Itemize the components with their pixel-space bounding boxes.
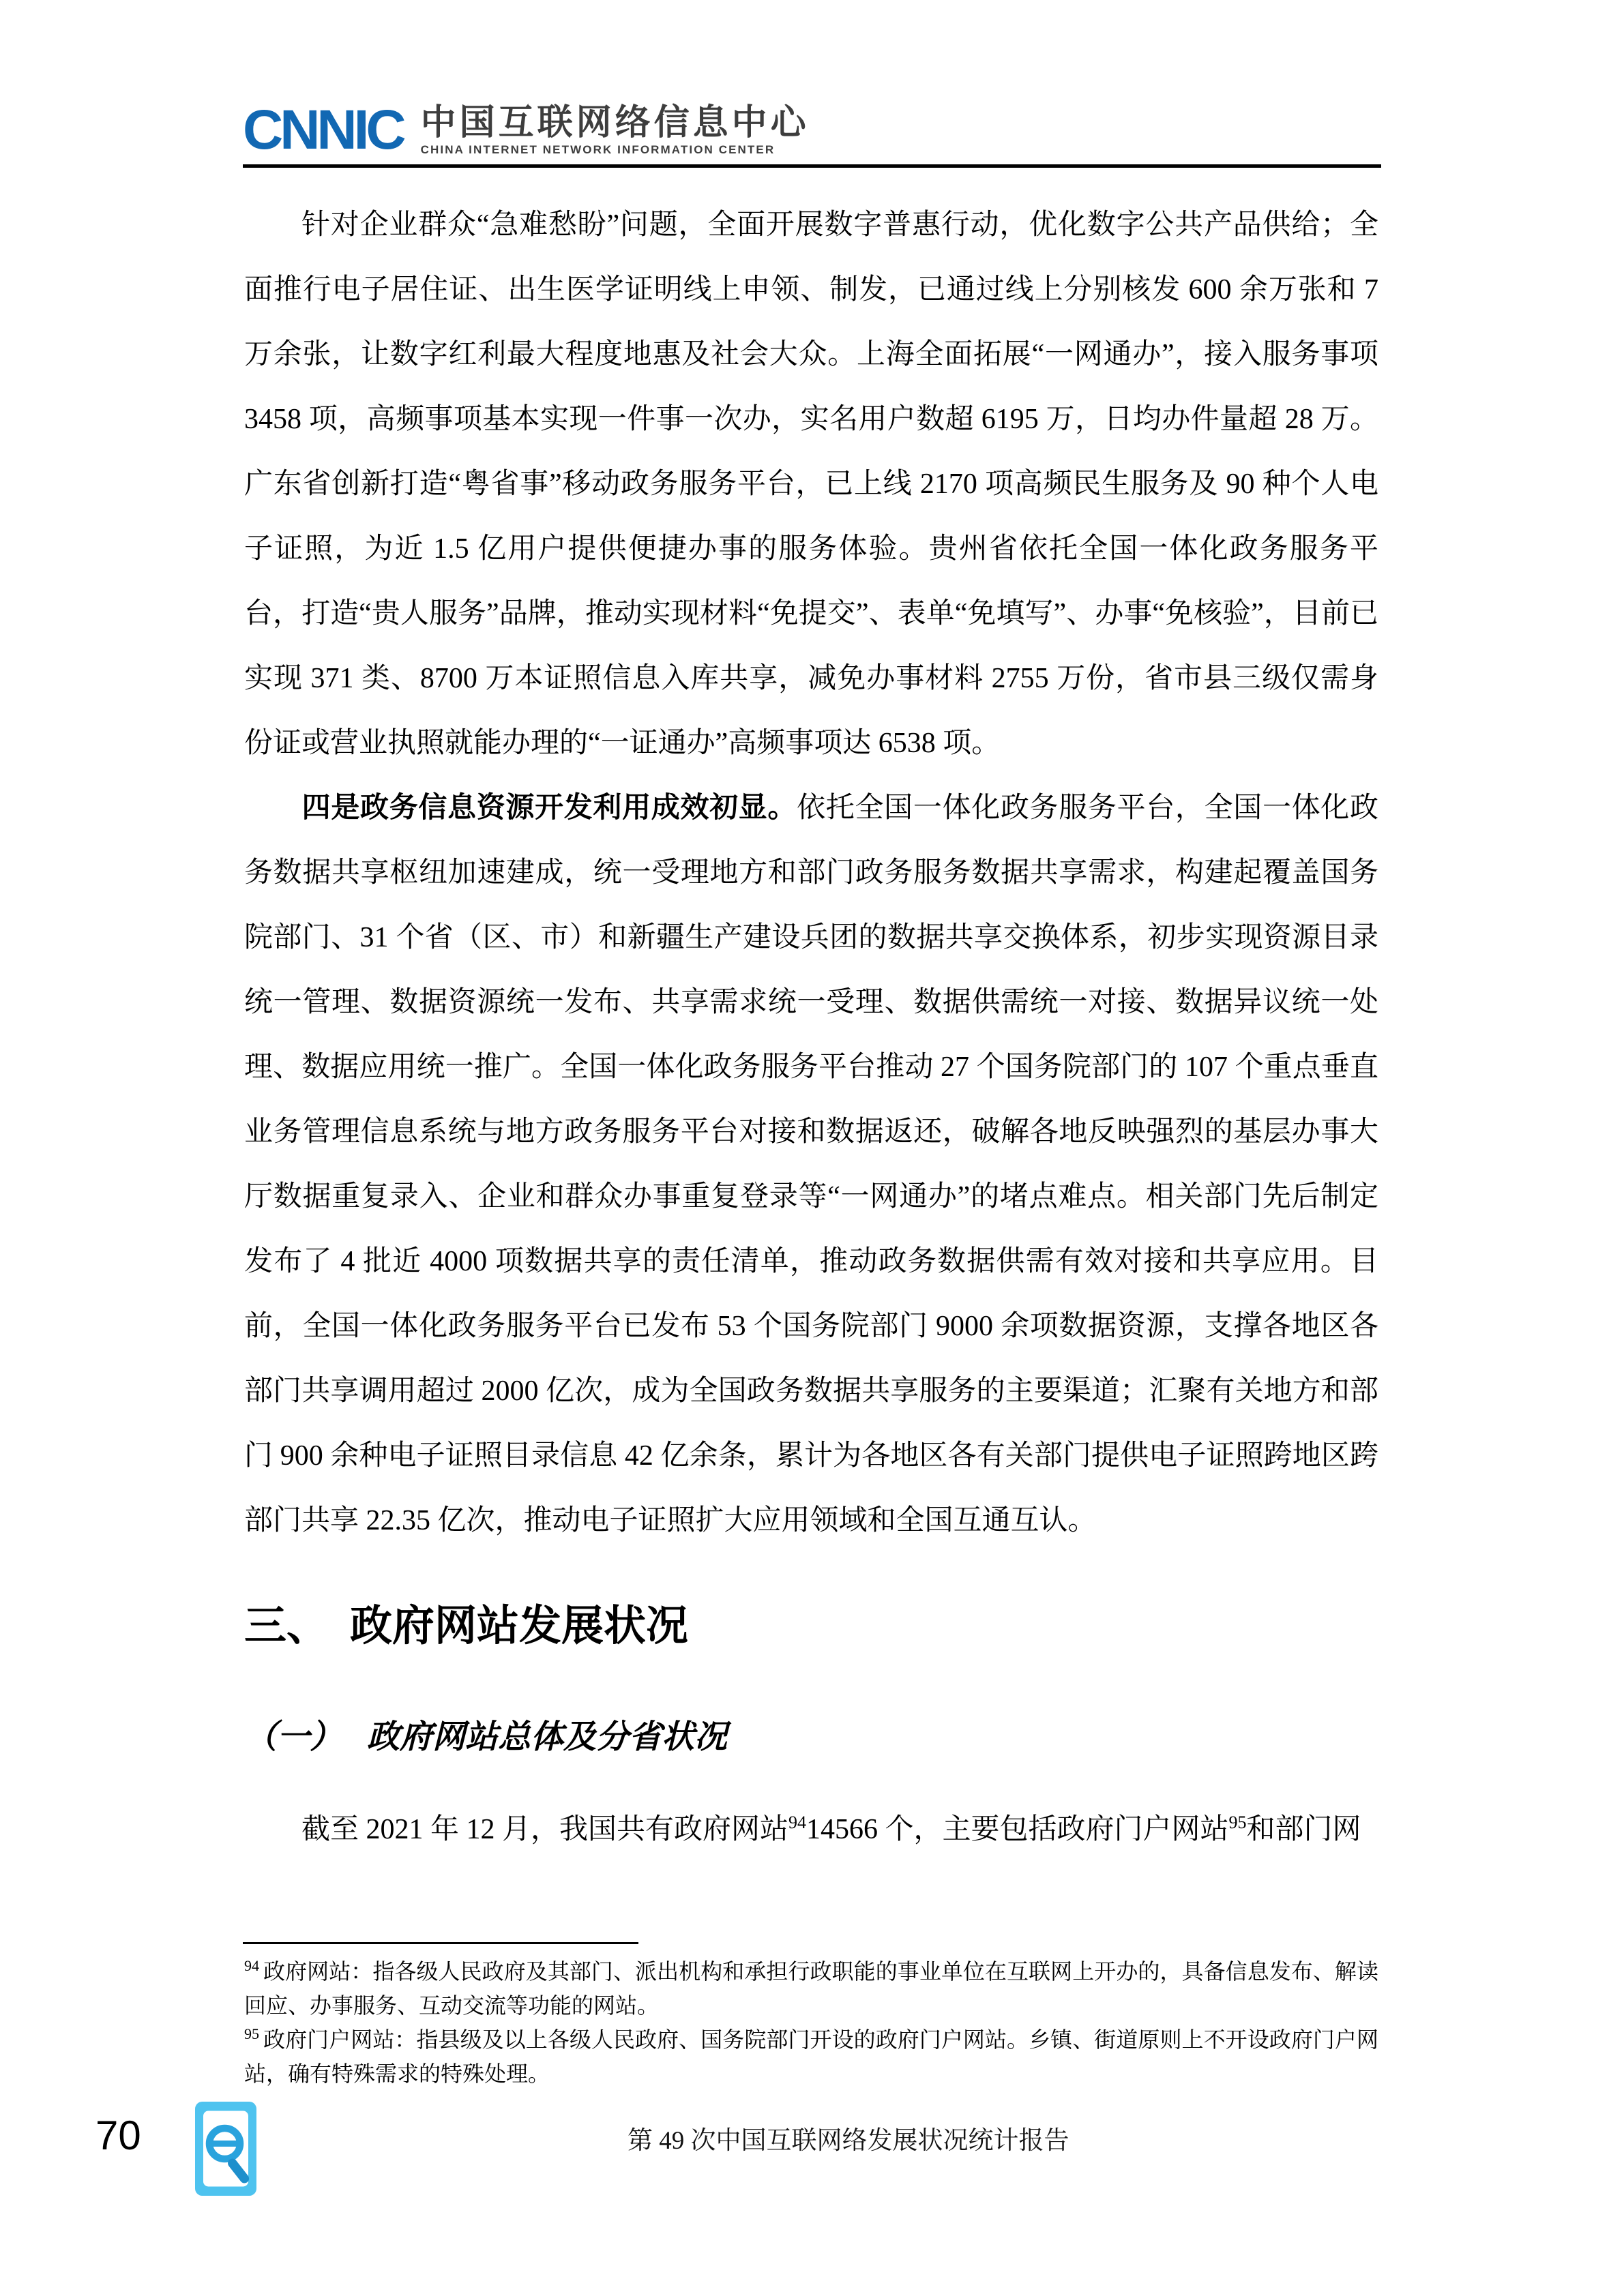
text-run: 和部门网 xyxy=(1247,1814,1361,1845)
org-name-english: CHINA INTERNET NETWORK INFORMATION CENTE… xyxy=(421,142,810,158)
footnote-text: 政府门户网站：指县级及以上各级人民政府、国务院部门开设的政府门户网站。乡镇、街道… xyxy=(244,2027,1378,2086)
cnnic-logo: CNNIC xyxy=(243,102,403,158)
subsection-heading: （一） 政府网站总体及分省状况 xyxy=(244,1713,1378,1762)
text-run: 14566 个，主要包括政府门户网站 xyxy=(806,1814,1229,1845)
page-number: 70 xyxy=(95,2111,141,2160)
footnote-number: 95 xyxy=(244,2025,259,2042)
org-names: 中国互联网络信息中心 CHINA INTERNET NETWORK INFORM… xyxy=(421,104,810,158)
paragraph-digital-benefit: 针对企业群众“急难愁盼”问题，全面开展数字普惠行动，优化数字公共产品供给；全面推… xyxy=(244,193,1378,776)
section-heading: 三、 政府网站发展状况 xyxy=(244,1596,1378,1657)
org-name-chinese: 中国互联网络信息中心 xyxy=(421,104,810,142)
footnote-separator xyxy=(243,1942,638,1944)
footnote-number: 94 xyxy=(244,1957,259,1974)
footnote-94: 94政府网站：指各级人民政府及其部门、派出机构和承担行政职能的事业单位在互联网上… xyxy=(244,1954,1378,2023)
header-divider xyxy=(243,164,1381,168)
report-title: 第 49 次中国互联网络发展状况统计报告 xyxy=(628,2122,1069,2160)
paragraph-lead-bold: 四是政务信息资源开发利用成效初显。 xyxy=(301,792,797,824)
text-run: 截至 2021 年 12 月，我国共有政府网站 xyxy=(301,1814,788,1845)
footnote-95: 95政府门户网站：指县级及以上各级人民政府、国务院部门开设的政府门户网站。乡镇、… xyxy=(244,2023,1378,2091)
footnotes-block: 94政府网站：指各级人民政府及其部门、派出机构和承担行政职能的事业单位在互联网上… xyxy=(244,1954,1378,2091)
report-logo-icon xyxy=(195,2102,256,2196)
document-page: CNNIC 中国互联网络信息中心 CHINA INTERNET NETWORK … xyxy=(0,0,1624,2296)
paragraph-gov-website-count: 截至 2021 年 12 月，我国共有政府网站9414566 个，主要包括政府门… xyxy=(244,1798,1378,1862)
page-header: CNNIC 中国互联网络信息中心 CHINA INTERNET NETWORK … xyxy=(243,102,1381,158)
footnote-text: 政府网站：指各级人民政府及其部门、派出机构和承担行政职能的事业单位在互联网上开办… xyxy=(244,1959,1378,2018)
paragraph-body-text: 依托全国一体化政务服务平台，全国一体化政务数据共享枢纽加速建成，统一受理地方和部… xyxy=(244,792,1378,1536)
footnote-reference-95: 95 xyxy=(1229,1813,1247,1832)
paragraph-gov-information-resources: 四是政务信息资源开发利用成效初显。依托全国一体化政务服务平台，全国一体化政务数据… xyxy=(244,776,1378,1553)
footnote-reference-94: 94 xyxy=(788,1813,806,1832)
